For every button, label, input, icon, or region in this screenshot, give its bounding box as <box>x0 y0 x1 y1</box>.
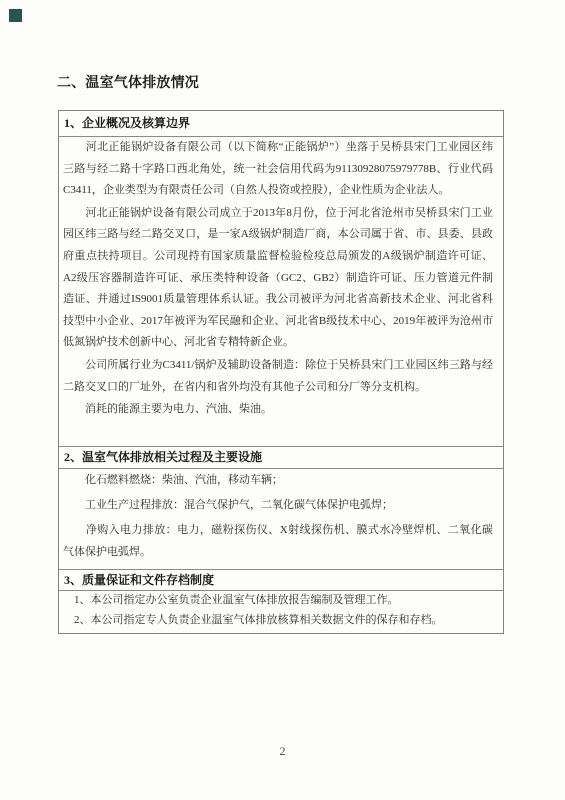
text-line: 气体保护电弧焊。 <box>63 541 493 563</box>
section-header-3: 3、质量保证和文件存档制度 <box>59 569 503 590</box>
text-line: 消耗的能源主要为电力、汽油、柴油。 <box>63 399 493 421</box>
text-line: 园区纬三路与经二路交叉口，是一家A级锅炉制造厂商，本公司属于省、市、县委、县政 <box>63 224 493 246</box>
paragraph: 河北正能锅炉设备有限公司成立于2013年8月份，位于河北省沧州市吴桥县宋门工业园… <box>63 203 493 354</box>
paragraph: 河北正能锅炉设备有限公司（以下简称“正能锅炉”）坐落于吴桥县宋门工业园区纬三路与… <box>63 137 493 202</box>
text-line: 河北正能锅炉设备有限公司（以下简称“正能锅炉”）坐落于吴桥县宋门工业园区纬 <box>63 137 493 159</box>
paragraph: 公司所属行业为C3411/锅炉及辅助设备制造：除位于吴桥县宋门工业园区纬三路与经… <box>63 355 493 398</box>
paragraph: 1、本公司指定办公室负责企业温室气体排放报告编制及管理工作。 <box>63 591 493 610</box>
paragraph: 化石燃料燃烧：柴油、汽油，移动车辆； <box>63 469 493 491</box>
paragraph: 净购入电力排放：电力，磁粉探伤仪、X射线探伤机、膜式水冷壁焊机、二氧化碳气体保护… <box>63 519 493 563</box>
report-table: 1、企业概况及核算边界 河北正能锅炉设备有限公司（以下简称“正能锅炉”）坐落于吴… <box>58 110 504 634</box>
page-number: 2 <box>0 744 565 759</box>
text-line: 造证、并通过IS9001质量管理体系认证。我公司被评为河北省高新技术企业、河北省… <box>63 289 493 311</box>
text-line: 1、本公司指定办公室负责企业温室气体排放报告编制及管理工作。 <box>63 591 493 610</box>
paragraph: 2、本公司指定专人负责企业温室气体排放核算相关数据文件的保存和存档。 <box>63 611 493 630</box>
text-line: 公司所属行业为C3411/锅炉及辅助设备制造：除位于吴桥县宋门工业园区纬三路与经 <box>63 355 493 377</box>
text-line: 2、本公司指定专人负责企业温室气体排放核算相关数据文件的保存和存档。 <box>63 611 493 630</box>
text-line: 三路与经二路十字路口西北角处，统一社会信用代码为9113092807597977… <box>63 159 493 181</box>
text-line: A2级压容器制造许可证、承压类特种设备（GC2、GB2）制造许可证、压力管道元件… <box>63 268 493 290</box>
section-body-3: 1、本公司指定办公室负责企业温室气体排放报告编制及管理工作。 2、本公司指定专人… <box>59 590 503 633</box>
section-body-2: 化石燃料燃烧：柴油、汽油，移动车辆； 工业生产过程排放：混合气保护气，二氧化碳气… <box>59 468 503 569</box>
section-body-1: 河北正能锅炉设备有限公司（以下简称“正能锅炉”）坐落于吴桥县宋门工业园区纬三路与… <box>59 136 503 446</box>
text-line: 化石燃料燃烧：柴油、汽油，移动车辆； <box>63 469 493 491</box>
text-line: 河北正能锅炉设备有限公司成立于2013年8月份，位于河北省沧州市吴桥县宋门工业 <box>63 203 493 225</box>
page-title: 二、温室气体排放情况 <box>57 72 199 92</box>
paragraph: 工业生产过程排放：混合气保护气，二氧化碳气体保护电弧焊； <box>63 494 493 516</box>
corner-mark <box>9 9 22 22</box>
paragraph: 消耗的能源主要为电力、汽油、柴油。 <box>63 399 493 421</box>
text-line: 低氮锅炉技术创新中心、河北省专精特新企业。 <box>63 332 493 354</box>
text-line: 工业生产过程排放：混合气保护气，二氧化碳气体保护电弧焊； <box>63 494 493 516</box>
text-line: 技型中小企业、2017年被评为军民融和企业、河北省B级技术中心、2019年被评为… <box>63 311 493 333</box>
text-line: 二路交叉口的厂址外，在省内和省外均没有其他子公司和分厂等分支机构。 <box>63 377 493 399</box>
text-line: 府重点扶持项目。公司现持有国家质量监督检验检疫总局颁发的A级锅炉制造许可证、 <box>63 246 493 268</box>
section-header-1: 1、企业概况及核算边界 <box>59 111 503 136</box>
text-line: C3411，企业类型为有限责任公司（自然人投资或控股），企业性质为企业法人。 <box>63 180 493 202</box>
section-header-2: 2、温室气体排放相关过程及主要设施 <box>59 446 503 468</box>
text-line: 净购入电力排放：电力，磁粉探伤仪、X射线探伤机、膜式水冷壁焊机、二氧化碳 <box>63 519 493 541</box>
